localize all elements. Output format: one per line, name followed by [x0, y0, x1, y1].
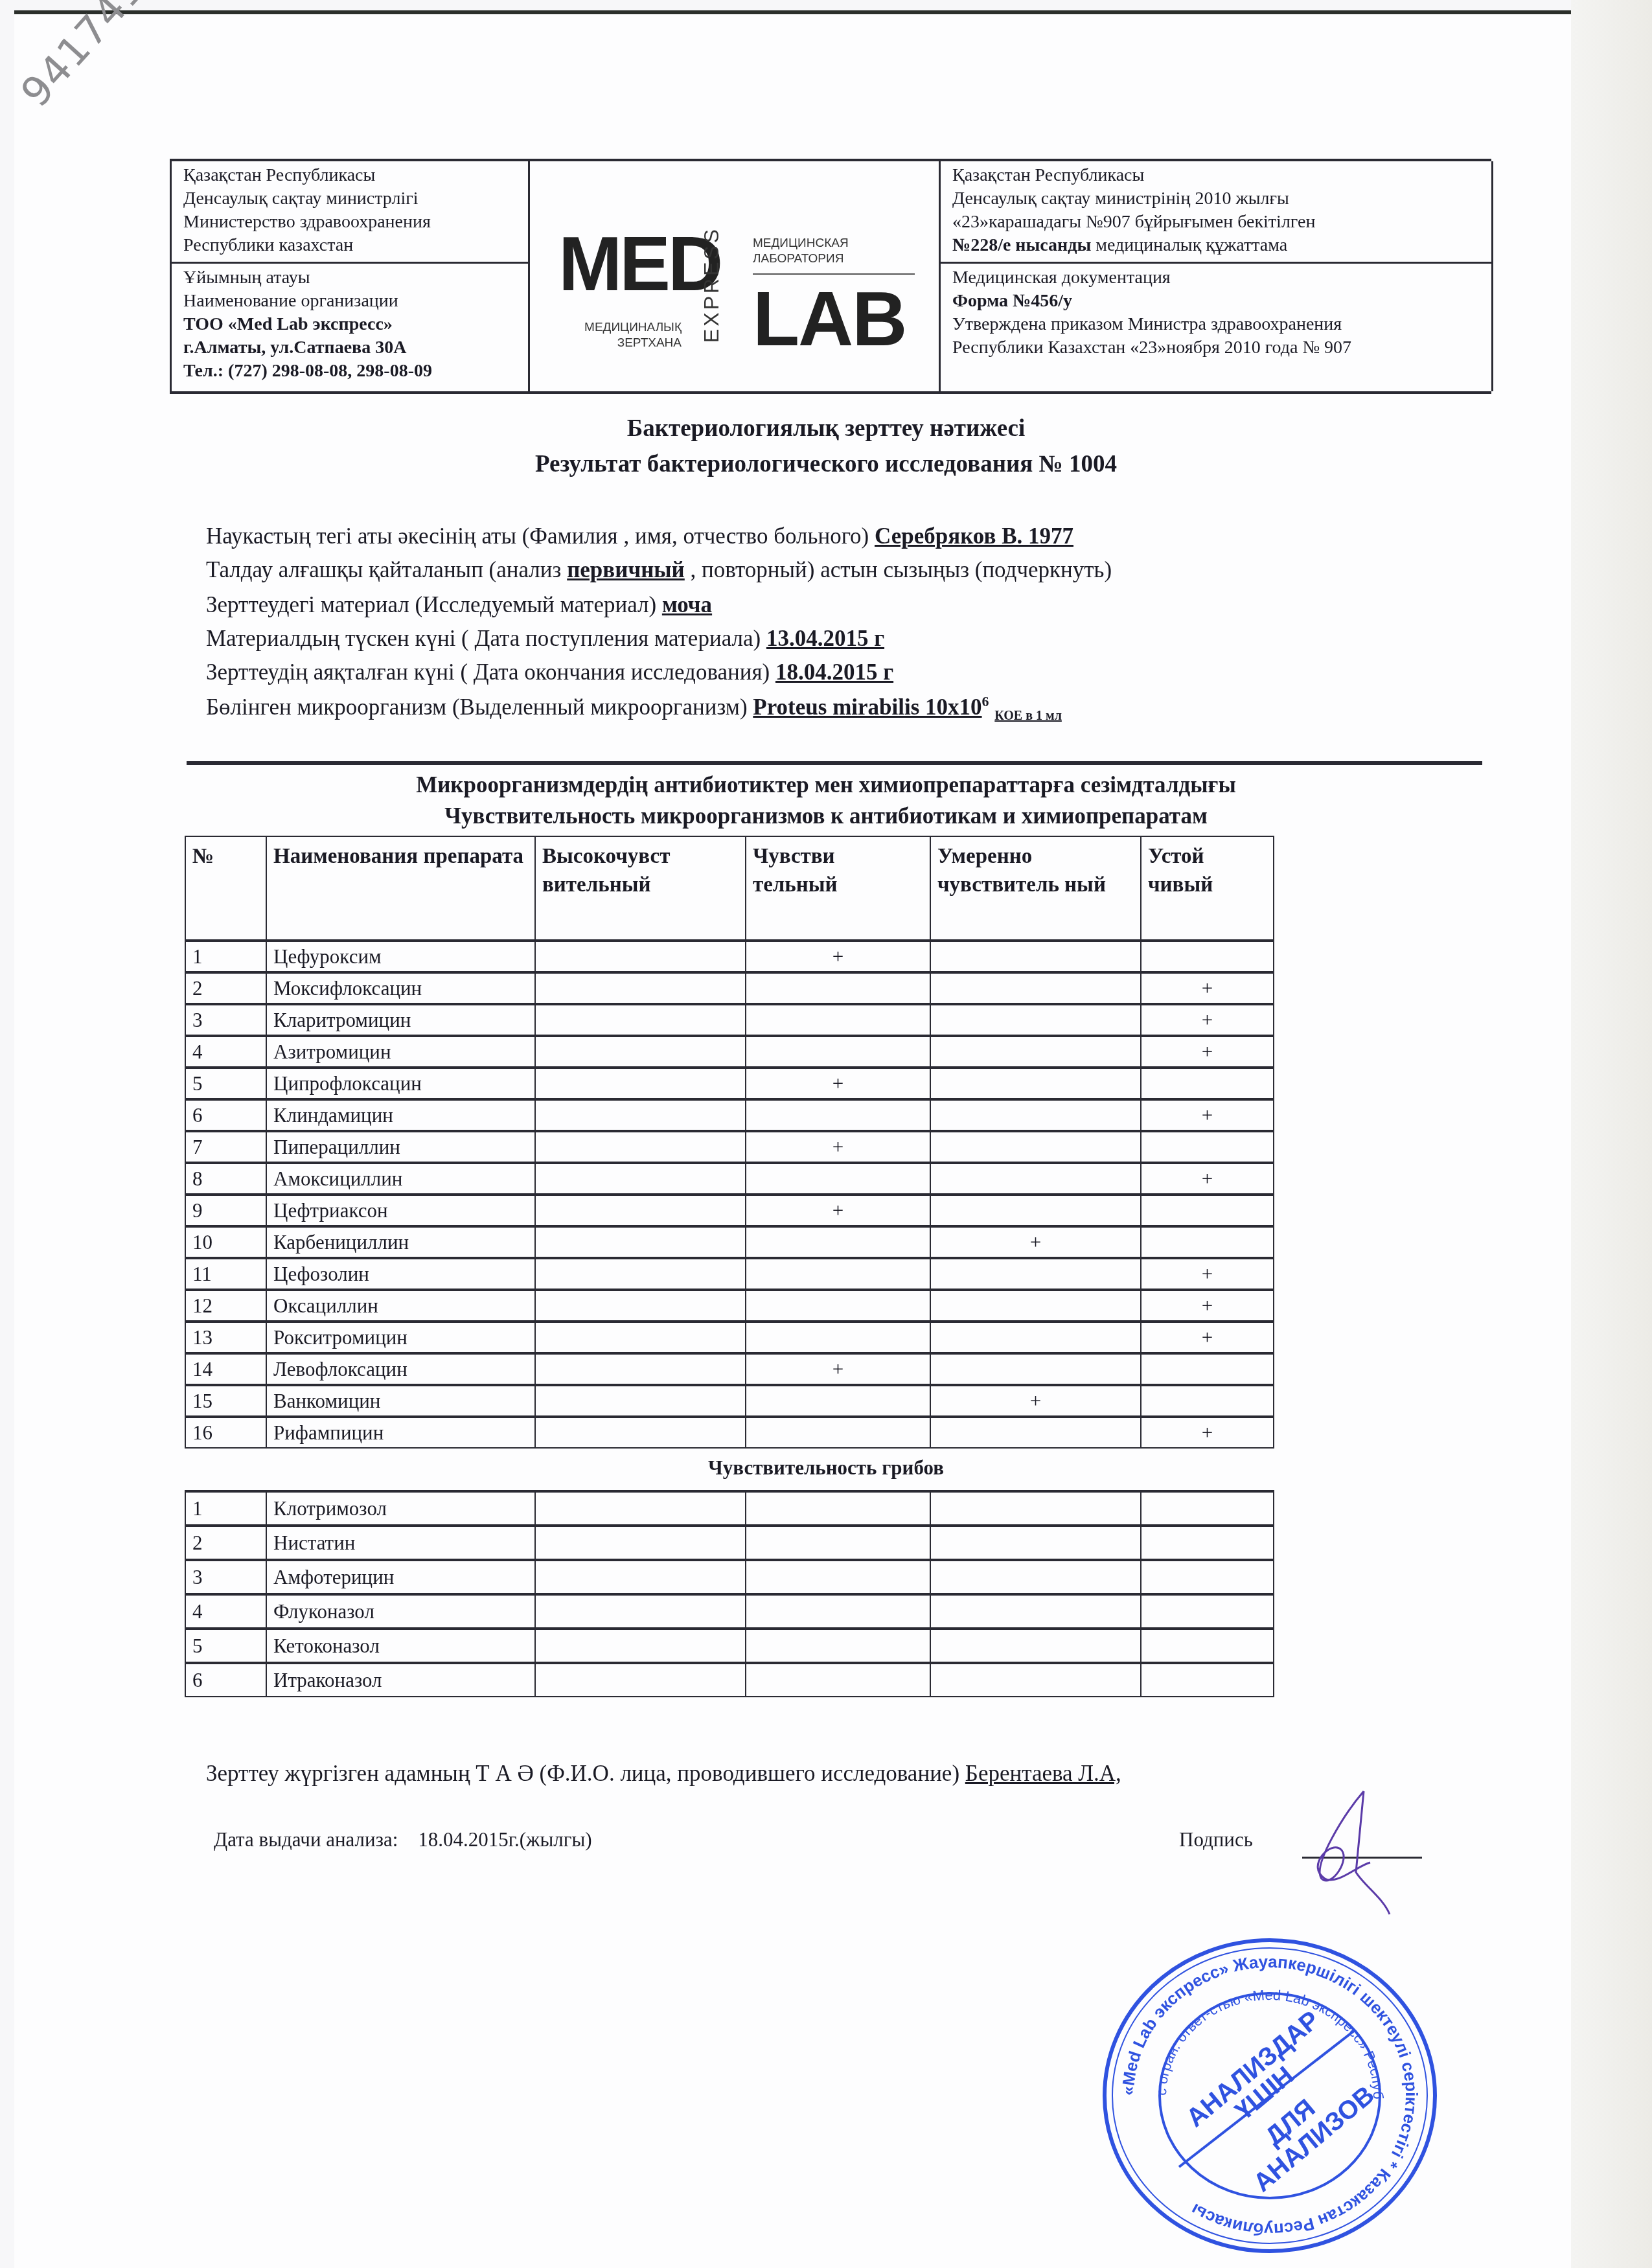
- logo-subtitle-line: МЕДИЦИНАЛЫҚ: [584, 320, 682, 336]
- table-row: 4Азитромицин+: [185, 1036, 1274, 1068]
- result-cell-resistant: +: [1141, 1290, 1274, 1322]
- report-title-ru: Результат бактериологического исследован…: [0, 450, 1652, 478]
- result-cell-sensitive: [746, 1629, 930, 1663]
- result-cell-moderate: [930, 1663, 1141, 1697]
- row-number: 2: [185, 1526, 266, 1560]
- medlab-logo: MED МЕДИЦИНСКАЯ ЛАБОРАТОРИЯ МЕДИЦИНАЛЫҚ …: [558, 184, 921, 372]
- column-header-resistant: Устой чивый: [1141, 836, 1274, 941]
- result-cell-sensitive: [746, 1258, 930, 1290]
- drug-name: Ванкомицин: [266, 1385, 535, 1417]
- row-number: 4: [185, 1036, 266, 1068]
- result-cell-moderate: [930, 1131, 1141, 1163]
- drug-name: Рифампицин: [266, 1417, 535, 1448]
- result-cell-highly-sensitive: [535, 1131, 746, 1163]
- result-cell-resistant: [1141, 1195, 1274, 1226]
- drug-name: Итраконазол: [266, 1663, 535, 1697]
- result-cell-sensitive: +: [746, 1131, 930, 1163]
- result-cell-highly-sensitive: [535, 1491, 746, 1526]
- drug-name: Нистатин: [266, 1526, 535, 1560]
- result-cell-highly-sensitive: [535, 1594, 746, 1629]
- row-number: 7: [185, 1131, 266, 1163]
- table-row: 5Кетоконазол: [185, 1629, 1274, 1663]
- table-row: 13Рокситромицин+: [185, 1322, 1274, 1353]
- drug-name: Кетоконазол: [266, 1629, 535, 1663]
- result-cell-sensitive: [746, 1163, 930, 1195]
- logo-subtitle-ru: МЕДИЦИНСКАЯ ЛАБОРАТОРИЯ: [753, 236, 915, 275]
- row-number: 5: [185, 1068, 266, 1099]
- signature-icon: [1286, 1788, 1428, 1918]
- result-cell-sensitive: [746, 1290, 930, 1322]
- result-cell-resistant: +: [1141, 1258, 1274, 1290]
- fungi-sensitivity-table: 1Клотримозол2Нистатин3Амфотерицин4Флукон…: [185, 1490, 1274, 1697]
- row-number: 5: [185, 1629, 266, 1663]
- table-row: 10Карбенициллин+: [185, 1226, 1274, 1258]
- ministry-line: Денсаулық сақтау министрлігі: [183, 187, 516, 211]
- received-label: Материалдың түскен күні ( Дата поступлен…: [206, 626, 766, 651]
- column-header-number: №: [185, 836, 266, 941]
- result-cell-moderate: [930, 1290, 1141, 1322]
- row-number: 6: [185, 1099, 266, 1131]
- table-row: 7Пиперациллин+: [185, 1131, 1274, 1163]
- finished-date-field: Зерттеудің аяқталған күні ( Дата окончан…: [206, 659, 893, 685]
- row-number: 2: [185, 972, 266, 1004]
- drug-name: Моксифлоксацин: [266, 972, 535, 1004]
- material-value: моча: [662, 592, 712, 617]
- result-cell-highly-sensitive: [535, 1526, 746, 1560]
- approval-text: медициналық құжаттама: [1091, 235, 1287, 255]
- table-header-row: № Наименования препарата Высокочувст вит…: [185, 836, 1274, 941]
- result-cell-moderate: [930, 1417, 1141, 1448]
- header-box: Қазақстан Республикасы Денсаулық сақтау …: [170, 159, 1491, 394]
- logo-subtitle-line: МЕДИЦИНСКАЯ: [753, 236, 915, 251]
- column-header-sensitive: Чувстви тельный: [746, 836, 930, 941]
- logo-subtitle-line: ЗЕРТХАНА: [584, 336, 682, 351]
- result-cell-resistant: [1141, 1629, 1274, 1663]
- result-cell-sensitive: [746, 1560, 930, 1594]
- table-row: 2Моксифлоксацин+: [185, 972, 1274, 1004]
- result-cell-highly-sensitive: [535, 1258, 746, 1290]
- patient-label: Наукастың тегі аты әкесінің аты (Фамилия…: [206, 523, 875, 549]
- row-number: 15: [185, 1385, 266, 1417]
- header-right: Қазақстан Республикасы Денсаулық сақтау …: [939, 161, 1493, 391]
- result-cell-moderate: [930, 1004, 1141, 1036]
- approval-line: Республики Казахстан «23»ноября 2010 год…: [952, 336, 1480, 360]
- organism-label: Бөлінген микроорганизм (Выделенный микро…: [206, 694, 753, 720]
- result-cell-sensitive: [746, 1036, 930, 1068]
- column-header-moderate: Умеренно чувствитель ный: [930, 836, 1141, 941]
- result-cell-highly-sensitive: [535, 1663, 746, 1697]
- result-cell-highly-sensitive: [535, 972, 746, 1004]
- drug-name: Цефозолин: [266, 1258, 535, 1290]
- result-cell-highly-sensitive: [535, 1290, 746, 1322]
- finished-label: Зерттеудің аяқталған күні ( Дата окончан…: [206, 659, 775, 685]
- analysis-label: Талдау алғашқы қайталанып (анализ: [206, 557, 567, 582]
- result-cell-sensitive: [746, 1226, 930, 1258]
- table-row: 4Флуконазол: [185, 1594, 1274, 1629]
- result-cell-sensitive: [746, 1417, 930, 1448]
- result-cell-resistant: +: [1141, 1099, 1274, 1131]
- antibiotics-title-ru: Чувствительность микроорганизмов к антиб…: [0, 803, 1652, 829]
- antibiotics-title-kz: Микроорганизмдердің антибиотиктер мен хи…: [0, 772, 1652, 798]
- received-date-field: Материалдың түскен күні ( Дата поступлен…: [206, 626, 884, 652]
- result-cell-highly-sensitive: [535, 1226, 746, 1258]
- ministry-line: Министерство здравоохранения: [183, 211, 516, 234]
- issue-label: Дата выдачи анализа:: [214, 1828, 398, 1851]
- result-cell-moderate: [930, 1560, 1141, 1594]
- result-cell-moderate: [930, 1526, 1141, 1560]
- result-cell-moderate: [930, 1322, 1141, 1353]
- result-cell-sensitive: +: [746, 941, 930, 972]
- material-label: Зерттеудегі материал (Исследуемый матери…: [206, 592, 662, 617]
- organization-block: Ұйымның атауы Наименование организации Т…: [172, 264, 528, 385]
- table-row: 1Клотримозол: [185, 1491, 1274, 1526]
- row-number: 10: [185, 1226, 266, 1258]
- received-value: 13.04.2015 г: [766, 626, 884, 651]
- material-field: Зерттеудегі материал (Исследуемый матери…: [206, 592, 712, 618]
- analysis-type-field: Талдау алғашқы қайталанып (анализ первич…: [206, 557, 1112, 583]
- result-cell-moderate: [930, 972, 1141, 1004]
- result-cell-highly-sensitive: [535, 1353, 746, 1385]
- result-cell-resistant: [1141, 1226, 1274, 1258]
- result-cell-highly-sensitive: [535, 1417, 746, 1448]
- table-row: 11Цефозолин+: [185, 1258, 1274, 1290]
- drug-name: Флуконазол: [266, 1594, 535, 1629]
- result-cell-moderate: [930, 1099, 1141, 1131]
- result-cell-resistant: [1141, 1068, 1274, 1099]
- result-cell-resistant: [1141, 941, 1274, 972]
- result-cell-resistant: [1141, 1594, 1274, 1629]
- patient-value: Серебряков В. 1977: [875, 523, 1073, 549]
- table-row: 14Левофлоксацин+: [185, 1353, 1274, 1385]
- form-number-kz: №228/е нысанды: [952, 235, 1091, 255]
- signature-label: Подпись: [1179, 1828, 1253, 1851]
- org-label-kz: Ұйымның атауы: [183, 266, 516, 290]
- result-cell-sensitive: [746, 1594, 930, 1629]
- result-cell-sensitive: [746, 1099, 930, 1131]
- result-cell-sensitive: [746, 1385, 930, 1417]
- row-number: 6: [185, 1663, 266, 1697]
- table-row: 2Нистатин: [185, 1526, 1274, 1560]
- logo-lab: LAB: [753, 281, 906, 358]
- form-approval-kz: Қазақстан Республикасы Денсаулық сақтау …: [941, 161, 1491, 264]
- ministry-line: Республики казахстан: [183, 234, 516, 257]
- table-row: 16Рифампицин+: [185, 1417, 1274, 1448]
- organism-value: Proteus mirabilis 10x10: [753, 694, 981, 720]
- researcher-label: Зерттеу жүргізген адамның Т А Ә (Ф.И.О. …: [206, 1761, 965, 1786]
- logo-divider: [753, 273, 915, 275]
- drug-name: Кларитромицин: [266, 1004, 535, 1036]
- result-cell-highly-sensitive: [535, 1036, 746, 1068]
- row-number: 11: [185, 1258, 266, 1290]
- table-row: 15Ванкомицин+: [185, 1385, 1274, 1417]
- org-address: г.Алматы, ул.Сатпаева 30А: [183, 336, 516, 360]
- approval-line: Денсаулық сақтау министрінің 2010 жылғы: [952, 187, 1480, 211]
- result-cell-moderate: [930, 1258, 1141, 1290]
- row-number: 16: [185, 1417, 266, 1448]
- logo-subtitle-kz: МЕДИЦИНАЛЫҚ ЗЕРТХАНА: [584, 320, 682, 351]
- approval-line: Утверждена приказом Министра здравоохран…: [952, 313, 1480, 336]
- result-cell-sensitive: +: [746, 1068, 930, 1099]
- drug-name: Цефтриаксон: [266, 1195, 535, 1226]
- row-number: 8: [185, 1163, 266, 1195]
- drug-name: Пиперациллин: [266, 1131, 535, 1163]
- result-cell-sensitive: +: [746, 1353, 930, 1385]
- section-divider: [187, 761, 1482, 765]
- drug-name: Оксациллин: [266, 1290, 535, 1322]
- organism-unit: КОЕ в 1 мл: [994, 709, 1062, 723]
- row-number: 3: [185, 1004, 266, 1036]
- row-number: 1: [185, 941, 266, 972]
- result-cell-highly-sensitive: [535, 1560, 746, 1594]
- approval-line: Қазақстан Республикасы: [952, 164, 1480, 187]
- result-cell-moderate: [930, 1353, 1141, 1385]
- approval-line: №228/е нысанды медициналық құжаттама: [952, 234, 1480, 257]
- logo-med: MED: [558, 226, 720, 303]
- result-cell-sensitive: [746, 972, 930, 1004]
- org-phone: Тел.: (727) 298-08-08, 298-08-09: [183, 360, 516, 383]
- table-row: 6Клиндамицин+: [185, 1099, 1274, 1131]
- antibiotic-sensitivity-table: № Наименования препарата Высокочувст вит…: [185, 836, 1274, 1449]
- stamp-icon: «Med Lab экспресс» Жауапкершілігі шектеу…: [1095, 1921, 1458, 2258]
- org-name: ТОО «Med Lab экспресс»: [183, 313, 516, 336]
- result-cell-moderate: [930, 941, 1141, 972]
- result-cell-highly-sensitive: [535, 1004, 746, 1036]
- patient-field: Наукастың тегі аты әкесінің аты (Фамилия…: [206, 523, 1073, 549]
- result-cell-resistant: +: [1141, 1004, 1274, 1036]
- drug-name: Клотримозол: [266, 1491, 535, 1526]
- row-number: 13: [185, 1322, 266, 1353]
- issue-date-field: Дата выдачи анализа: 18.04.2015г.(жылгы): [214, 1828, 592, 1851]
- analysis-label: , повторный) астын сызыңыз (подчеркнуть): [685, 557, 1112, 582]
- result-cell-sensitive: [746, 1491, 930, 1526]
- column-header-highly-sensitive: Высокочувст вительный: [535, 836, 746, 941]
- result-cell-moderate: [930, 1036, 1141, 1068]
- result-cell-moderate: +: [930, 1385, 1141, 1417]
- result-cell-sensitive: [746, 1004, 930, 1036]
- result-cell-resistant: +: [1141, 1036, 1274, 1068]
- finished-value: 18.04.2015 г: [775, 659, 893, 685]
- result-cell-moderate: [930, 1163, 1141, 1195]
- researcher-value: Берентаева Л.А,: [965, 1761, 1121, 1786]
- analysis-value: первичный: [567, 557, 685, 582]
- table-row: 9Цефтриаксон+: [185, 1195, 1274, 1226]
- approval-line: Медицинская документация: [952, 266, 1480, 290]
- page-edge-shadow: [1571, 0, 1652, 2268]
- table-row: 3Кларитромицин+: [185, 1004, 1274, 1036]
- researcher-field: Зерттеу жүргізген адамның Т А Ә (Ф.И.О. …: [206, 1761, 1121, 1787]
- result-cell-highly-sensitive: [535, 1068, 746, 1099]
- result-cell-moderate: [930, 1195, 1141, 1226]
- result-cell-highly-sensitive: [535, 941, 746, 972]
- result-cell-resistant: [1141, 1560, 1274, 1594]
- drug-name: Азитромицин: [266, 1036, 535, 1068]
- result-cell-resistant: +: [1141, 972, 1274, 1004]
- drug-name: Карбенициллин: [266, 1226, 535, 1258]
- result-cell-moderate: [930, 1068, 1141, 1099]
- result-cell-moderate: +: [930, 1226, 1141, 1258]
- drug-name: Рокситромицин: [266, 1322, 535, 1353]
- column-header-drug: Наименования препарата: [266, 836, 535, 941]
- row-number: 14: [185, 1353, 266, 1385]
- result-cell-resistant: [1141, 1491, 1274, 1526]
- result-cell-moderate: [930, 1629, 1141, 1663]
- result-cell-resistant: [1141, 1663, 1274, 1697]
- result-cell-resistant: [1141, 1526, 1274, 1560]
- drug-name: Амоксициллин: [266, 1163, 535, 1195]
- result-cell-sensitive: +: [746, 1195, 930, 1226]
- row-number: 9: [185, 1195, 266, 1226]
- table-row: 3Амфотерицин: [185, 1560, 1274, 1594]
- result-cell-resistant: [1141, 1353, 1274, 1385]
- form-approval-ru: Медицинская документация Форма №456/у Ут…: [941, 264, 1491, 362]
- fungi-title: Чувствительность грибов: [0, 1456, 1652, 1480]
- result-cell-resistant: +: [1141, 1163, 1274, 1195]
- organism-field: Бөлінген микроорганизм (Выделенный микро…: [206, 693, 1062, 724]
- drug-name: Клиндамицин: [266, 1099, 535, 1131]
- approval-line: «23»карашадагы №907 бұйрығымен бекітілге…: [952, 211, 1480, 234]
- ministry-block: Қазақстан Республикасы Денсаулық сақтау …: [172, 161, 528, 264]
- result-cell-moderate: [930, 1594, 1141, 1629]
- result-cell-sensitive: [746, 1663, 930, 1697]
- result-cell-resistant: +: [1141, 1417, 1274, 1448]
- result-cell-resistant: [1141, 1131, 1274, 1163]
- logo-express: EXPRESS: [700, 227, 724, 343]
- drug-name: Цефуроксим: [266, 941, 535, 972]
- table-row: 1Цефуроксим+: [185, 941, 1274, 972]
- table-row: 6Итраконазол: [185, 1663, 1274, 1697]
- result-cell-sensitive: [746, 1322, 930, 1353]
- result-cell-highly-sensitive: [535, 1322, 746, 1353]
- result-cell-highly-sensitive: [535, 1629, 746, 1663]
- table-row: 5Ципрофлоксацин+: [185, 1068, 1274, 1099]
- result-cell-highly-sensitive: [535, 1163, 746, 1195]
- result-cell-moderate: [930, 1491, 1141, 1526]
- drug-name: Амфотерицин: [266, 1560, 535, 1594]
- result-cell-resistant: [1141, 1385, 1274, 1417]
- row-number: 4: [185, 1594, 266, 1629]
- logo-subtitle-line: ЛАБОРАТОРИЯ: [753, 251, 915, 267]
- result-cell-highly-sensitive: [535, 1195, 746, 1226]
- row-number: 1: [185, 1491, 266, 1526]
- form-number-ru: Форма №456/у: [952, 290, 1480, 313]
- row-number: 12: [185, 1290, 266, 1322]
- result-cell-resistant: +: [1141, 1322, 1274, 1353]
- report-title-kz: Бактериологиялық зерттеу нәтижесі: [0, 415, 1652, 442]
- row-number: 3: [185, 1560, 266, 1594]
- header-left: Қазақстан Республикасы Денсаулық сақтау …: [170, 161, 530, 391]
- table-row: 8Амоксициллин+: [185, 1163, 1274, 1195]
- drug-name: Левофлоксацин: [266, 1353, 535, 1385]
- ministry-line: Қазақстан Республикасы: [183, 164, 516, 187]
- result-cell-highly-sensitive: [535, 1385, 746, 1417]
- org-label-ru: Наименование организации: [183, 290, 516, 313]
- result-cell-highly-sensitive: [535, 1099, 746, 1131]
- drug-name: Ципрофлоксацин: [266, 1068, 535, 1099]
- result-cell-sensitive: [746, 1526, 930, 1560]
- organism-exponent: 6: [982, 693, 989, 709]
- issue-value: 18.04.2015г.(жылгы): [418, 1828, 591, 1851]
- table-row: 12Оксациллин+: [185, 1290, 1274, 1322]
